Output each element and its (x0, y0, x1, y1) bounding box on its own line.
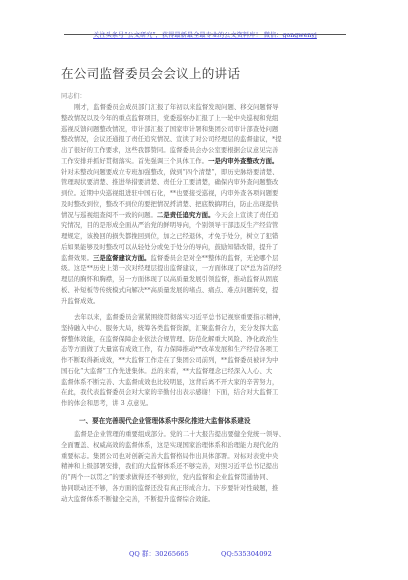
header-banner: 关注头条号“公文研究”，获得最新最全最专业的公文资料库！ 微信：gongweny… (64, 22, 346, 35)
footer: QQ 群：30265665 QQ:535304092 (0, 548, 408, 560)
document-title: 在公司监督委员会会议上的讲话 (61, 66, 361, 82)
text-line: 坚持融入中心、服务大局，统筹各类监督资源，汇聚监督合力，充分发挥大监 (61, 324, 347, 335)
text-line: 动大监督体系不断健全完善，不断提升监督综合效能。 (61, 495, 347, 506)
text-line: 整改情况，会议还通报了责任追究情况、宣读了对公司经理层的监督建议，*提 (61, 135, 347, 146)
text-line: 监督是企业管理的重要组成部分。党的二十大报告提出要健全党统一领导、 (61, 430, 347, 441)
qq-group-number: QQ 群：30265665 (129, 548, 189, 560)
text-line: 监督效果。三是监督建议方面。监督委员会是对全**整体的监督，无论哪个层 (61, 254, 347, 265)
text-line: 的“两个一以贯之”的要求做得还不够到位，党内监督和企业监督贯通协同、 (61, 473, 347, 484)
text-line: 到位。近期中央巡视组进驻中国石化，**也要接受巡视，内审外查各项问题要 (61, 189, 347, 200)
text-line: 针对未整改问题要成立专班加强整改，做到“四个清楚”，即历史脉络要清楚、 (61, 168, 347, 179)
emphasis-point-2: 二是责任追究方面。 (157, 212, 215, 219)
text-line: 国石化“大监督”工作先进集体。总的来看，**大监督理念已经深入人心、大 (61, 367, 347, 378)
paragraph-1: 刚才，监督委员会成员部门汇报了年初以来监督发现问题、移交问题督导 整改情况以及今… (61, 103, 347, 307)
text-line: 后如果能够及时整改可以从轻处分或免于处分的导向，鼓励知错改错，提升了 (61, 243, 347, 254)
text-line: 究情况，目的是形成全面从严治党的鲜明导向，个别领导干部违反生产经营管 (61, 221, 347, 232)
text-line: 督整体效能，在监督保障企业依法合规管理、防范化解重大风险、净化政治生 (61, 335, 347, 346)
greeting: 同志们： (61, 92, 86, 101)
text-line: 情况与巡视组查阅不一致的问题。二是责任追究方面。今天会上宣读了责任追 (61, 211, 347, 222)
text-segment: 情况与巡视组查阅不一致的问题。 (61, 212, 157, 219)
text-segment: 今天会上宣读了责任追 (214, 212, 278, 219)
text-line: 作不断取得新成效，**大监督工作走在了集团公司前列，**监督委员被评为中 (61, 356, 347, 367)
emphasis-point-1: 一是内审外查整改方面。 (208, 158, 278, 165)
qq-number: QQ:535304092 (221, 548, 272, 560)
text-line: 理规定，该挽回的损失都挽回到位，加之已经退休，才免于处分，树立了犯错 (61, 232, 347, 243)
text-line: 刚才，监督委员会成员部门汇报了年初以来监督发现问题、移交问题督导 (61, 103, 347, 114)
text-line: 监督体系不断完善、大监督成效也比较明显，这背后离不开大家的辛苦努力， (61, 378, 347, 389)
text-line: 板、补短板等传统模式向解决**高质量发展的堵点、痛点、难点问题转变，提 (61, 286, 347, 297)
section-heading-1: 一、要在完善现代企业管理体系中深化推进大监督体系建设 (79, 416, 250, 426)
text-segment: 监督委员会是对全**整体的监督，无论哪个层 (151, 255, 279, 262)
text-line: 精神和上级部署安排，我们的大监督体系还不够完善，对照习近平总书记提出 (61, 462, 347, 473)
text-line: 级。这是**历史上第一次对经理层提出监督建议，一方面体现了以*总为首的经 (61, 264, 347, 275)
text-line: 巡视反馈问题整改情况，审计部汇报了国家审计署和集团公司审计部查处问题 (61, 125, 347, 136)
text-line: 全面覆盖、权威高效的监督体系，这是实现国家治理体系和治理能力现代化的 (61, 441, 347, 452)
text-line: 去年以来，监督委员会紧紧围绕贯彻落实习近平总书记视察重要指示精神， (61, 313, 347, 324)
text-line: 重要标志。集团公司也对创新完善大监督格局作出具体部署。对标对表党中央 (61, 452, 347, 463)
text-line: 态等方面做了大量富有成效工作，有力保障推动**改革发展和生产经营各项工 (61, 345, 347, 356)
text-line: 理层的胸怀和胸襟，另一方面体现了以高质量发展引领监督，推动监督从固底 (61, 275, 347, 286)
text-line: 及时整改到位，整改不到位的要把情况捋清楚、把底数搞明白，防止出现提供 (61, 200, 347, 211)
text-line: 升监督成效。 (61, 297, 347, 308)
text-line: 工作安排并抓好贯彻落实。首先强调三个具体工作。一是内审外查整改方面。 (61, 157, 347, 168)
text-line: 协同联动还不够，各方面的监督还没有真正形成合力。下步要针对性破题，推 (61, 484, 347, 495)
text-line: 出了很好的工作要求，这些我都赞同。监督委员会办公室要根据会议意见完善 (61, 146, 347, 157)
text-line: 作的体会和思考，讲 3 点意见。 (61, 399, 347, 410)
text-segment: 监督效果。 (61, 255, 93, 262)
paragraph-2: 去年以来，监督委员会紧紧围绕贯彻落实习近平总书记视察重要指示精神， 坚持融入中心… (61, 313, 347, 410)
text-segment: 工作安排并抓好贯彻落实。首先强调三个具体工作。 (61, 158, 208, 165)
text-line: 管理现状要清楚、推进举措要清楚、责任分工要清楚，确保内审外查问题整改 (61, 178, 347, 189)
text-line: 整改情况以及今年的重点监督项目，党委巡察办汇报了上一轮中央巡视和党组 (61, 114, 347, 125)
header-banner-link[interactable]: 关注头条号“公文研究”，获得最新最全最专业的公文资料库！ 微信：gongweny… (93, 31, 317, 41)
emphasis-point-3: 三是监督建议方面。 (93, 255, 151, 262)
paragraph-3: 监督是企业管理的重要组成部分。党的二十大报告提出要健全党统一领导、 全面覆盖、权… (61, 430, 347, 505)
text-line: 在此，我代表监督委员会对大家的辛勤付出表示感谢！下面，结合对大监督工 (61, 388, 347, 399)
